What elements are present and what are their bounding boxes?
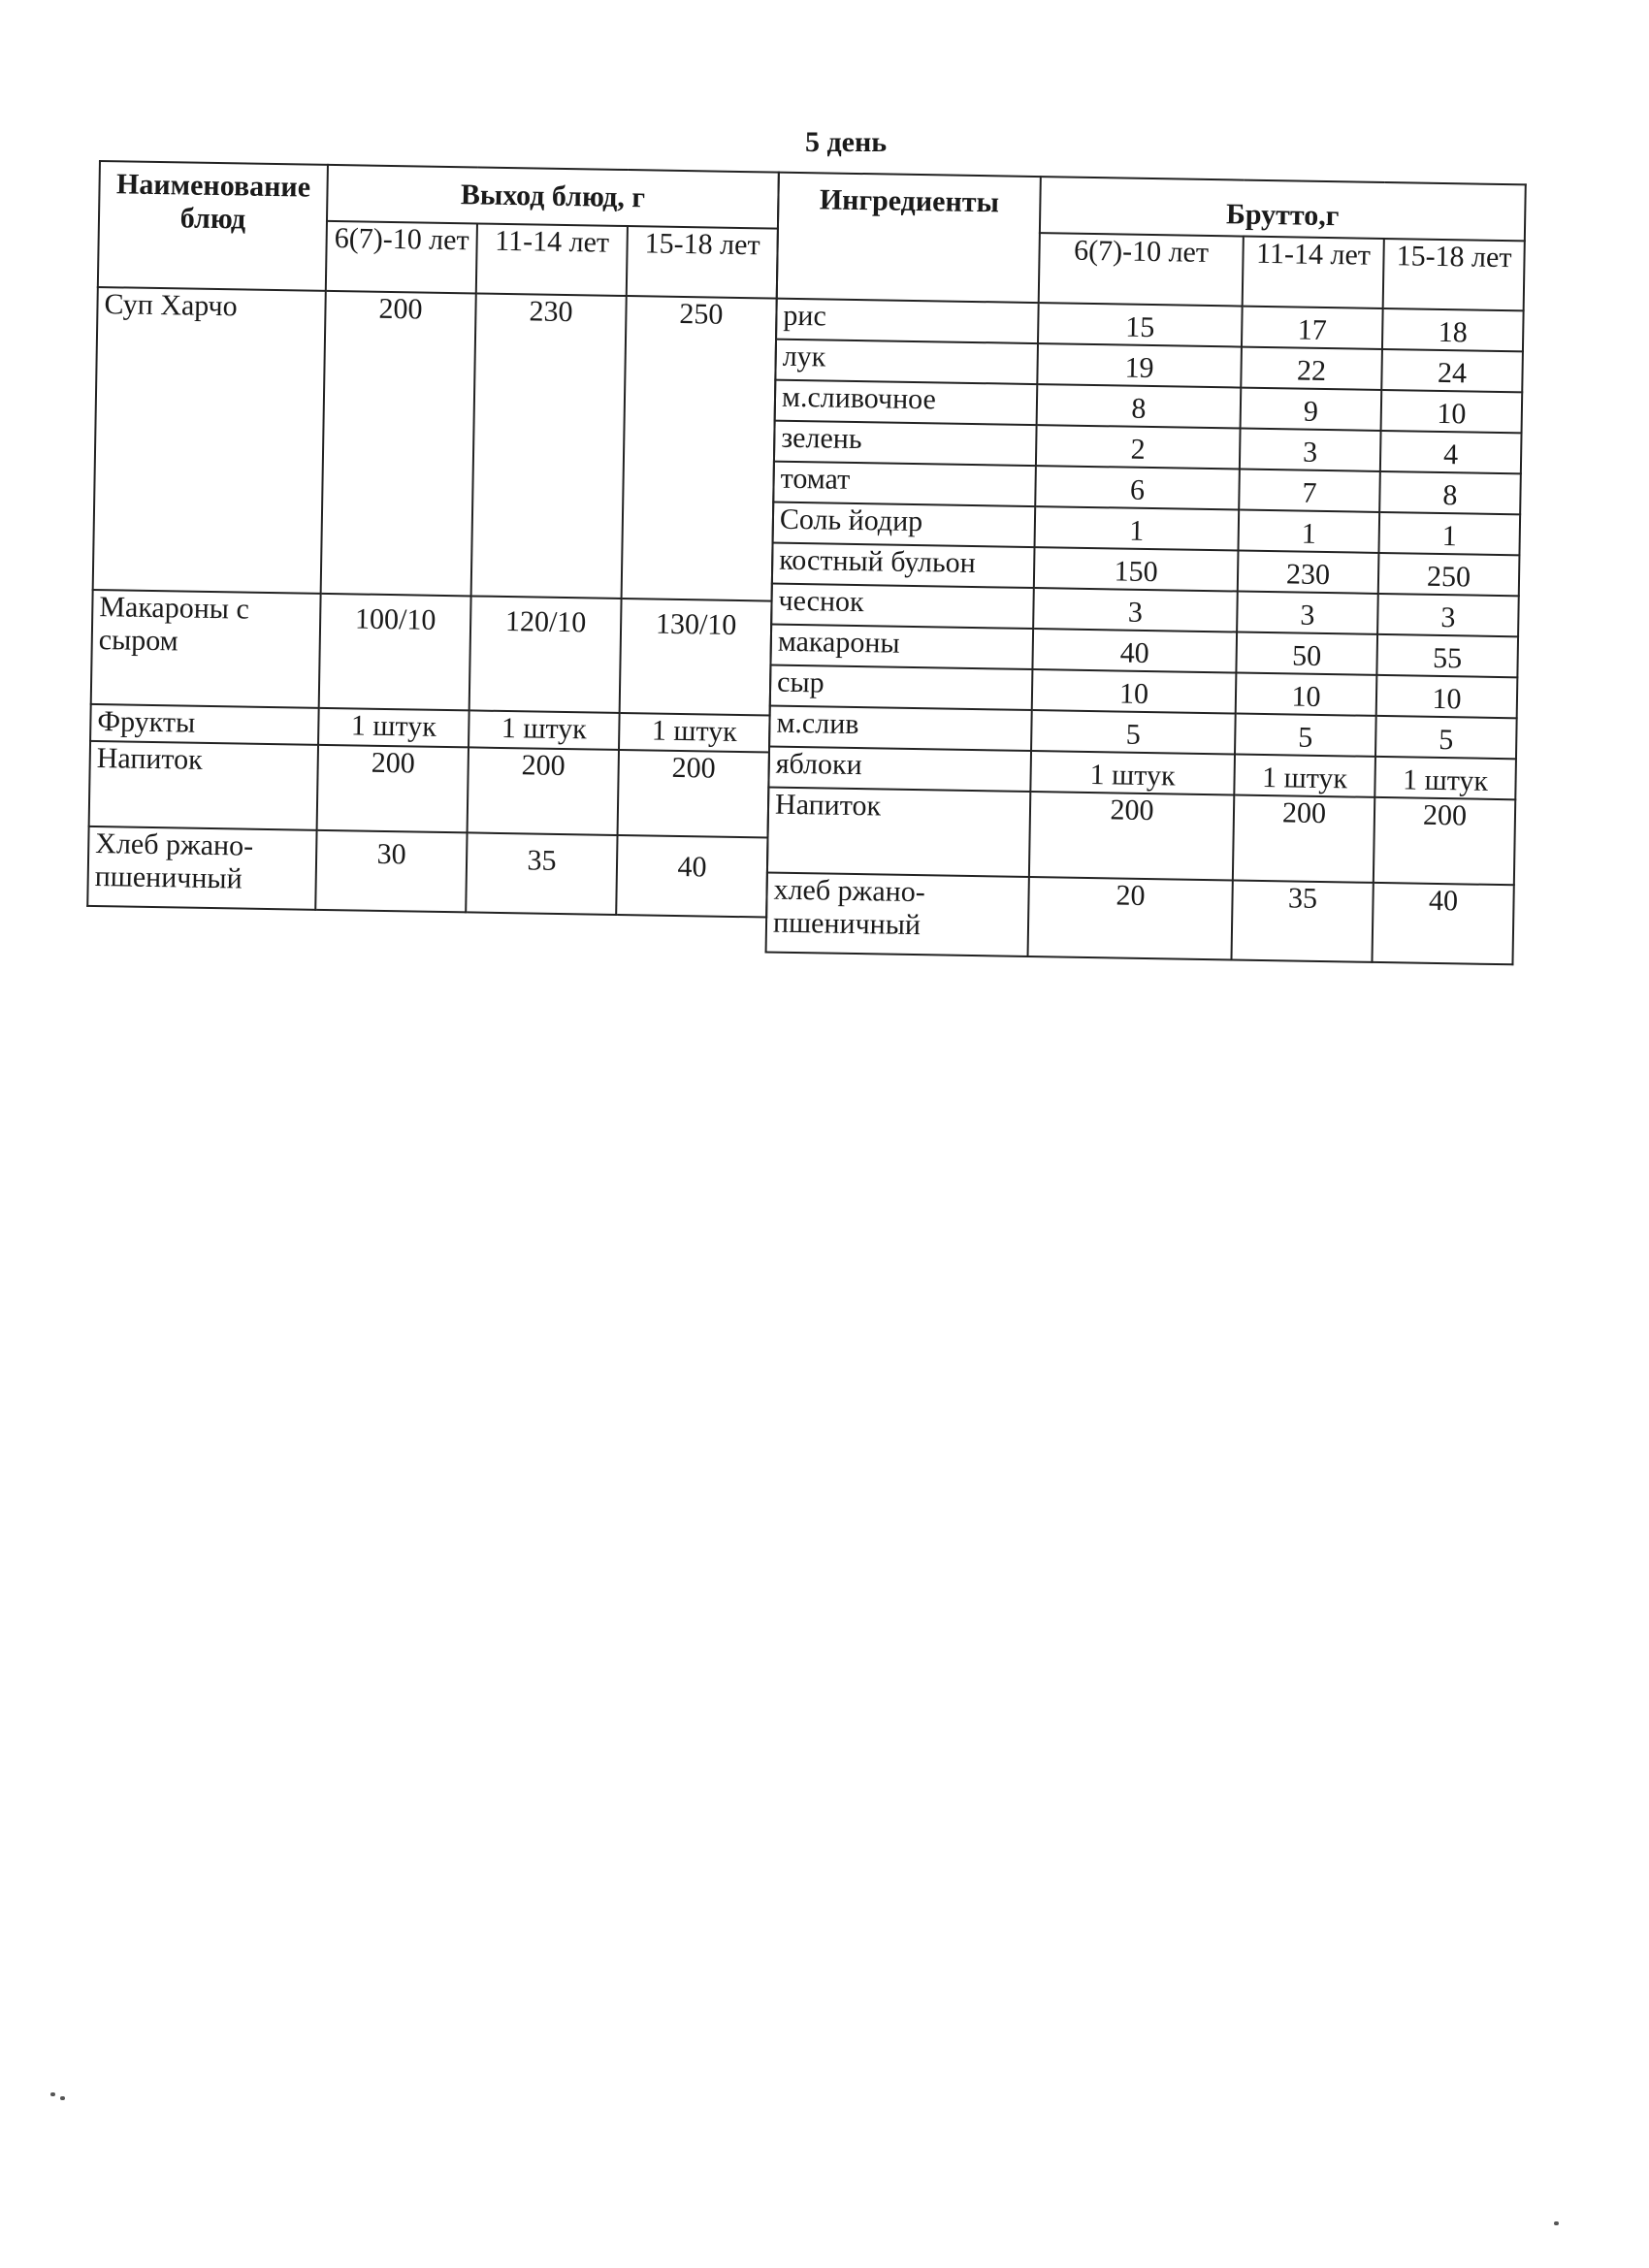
scan-speck (1554, 2221, 1559, 2225)
yield-value: 30 (315, 830, 467, 913)
gross-value: 1 штук (1374, 757, 1516, 799)
yield-value: 1 штук (619, 713, 770, 753)
yield-value: 250 (622, 296, 777, 601)
gross-value: 18 (1382, 308, 1524, 351)
gross-value: 55 (1376, 634, 1518, 677)
yield-value: 40 (616, 835, 767, 918)
gross-value: 35 (1231, 880, 1373, 961)
yield-value: 120/10 (469, 596, 622, 713)
table-row: Напиток200200200 (767, 788, 1515, 886)
gross-value: 8 (1379, 471, 1521, 514)
gross-value: 150 (1034, 547, 1239, 591)
gross-value: 1 (1035, 506, 1240, 550)
dish-name-header: Наименование блюд (98, 161, 328, 291)
ingredient-name: томат (773, 462, 1036, 506)
gross-value: 9 (1241, 388, 1382, 431)
gross-value: 3 (1033, 588, 1238, 632)
dish-name: Хлеб ржано-пшеничный (87, 826, 316, 910)
dish-name: Макароны с сыром (91, 590, 321, 708)
dishes-table: Наименование блюд Выход блюд, г 6(7)-10 … (86, 160, 780, 919)
yield-value: 200 (618, 750, 769, 838)
dish-name: Фрукты (90, 704, 319, 745)
table-row: Хлеб ржано-пшеничный 30 35 40 (87, 826, 767, 918)
gross-value: 40 (1032, 629, 1237, 672)
page-title: 5 день (805, 126, 887, 159)
yield-value: 200 (321, 291, 476, 597)
gross-value: 1 (1238, 510, 1379, 553)
yield-value: 35 (466, 832, 617, 915)
ingredient-name: яблоки (768, 747, 1031, 792)
yield-value: 100/10 (319, 594, 471, 711)
gross-value: 6 (1035, 466, 1240, 509)
ingredient-name: костный бульон (772, 543, 1035, 588)
gross-value: 10 (1032, 669, 1237, 713)
gross-age-header: 15-18 лет (1383, 239, 1525, 310)
gross-value: 7 (1239, 470, 1380, 512)
ingredient-name: м.слив (769, 706, 1032, 751)
gross-value: 50 (1236, 632, 1377, 675)
gross-value: 250 (1378, 553, 1520, 596)
gross-value: 2 (1036, 425, 1241, 469)
dish-name: Суп Харчо (93, 287, 326, 594)
yield-value: 200 (468, 747, 619, 835)
gross-value: 5 (1375, 716, 1517, 759)
ingredient-name: рис (776, 299, 1039, 343)
gross-value: 17 (1242, 307, 1383, 349)
gross-value: 3 (1377, 594, 1519, 636)
gross-value: 10 (1236, 673, 1377, 716)
gross-value: 3 (1240, 429, 1381, 471)
gross-value: 10 (1376, 675, 1518, 718)
gross-value: 15 (1038, 303, 1243, 346)
gross-value: 20 (1028, 877, 1233, 959)
ingredient-name: хлеб ржано-пшеничный (766, 873, 1029, 956)
yield-age-header: 6(7)-10 лет (326, 221, 477, 294)
gross-value: 3 (1237, 592, 1378, 634)
ingredient-name: м.сливочное (775, 380, 1038, 425)
gross-value: 200 (1029, 792, 1234, 880)
yield-value: 1 штук (318, 708, 469, 748)
gross-value: 1 штук (1030, 751, 1235, 794)
yield-value: 230 (471, 293, 627, 599)
ingredients-table: Ингредиенты Брутто,г 6(7)-10 лет 11-14 л… (765, 172, 1527, 966)
gross-value: 40 (1372, 883, 1513, 964)
ingredient-name: Напиток (767, 788, 1030, 877)
gross-value: 8 (1037, 384, 1242, 428)
gross-value: 4 (1380, 431, 1522, 473)
ingredients-header: Ингредиенты (777, 173, 1041, 303)
table-row: Напиток 200 200 200 (89, 741, 769, 838)
menu-table: Наименование блюд Выход блюд, г 6(7)-10 … (85, 160, 1525, 988)
gross-value: 5 (1031, 710, 1236, 754)
table-row: хлеб ржано-пшеничный203540 (766, 873, 1514, 965)
ingredient-name: лук (775, 340, 1038, 384)
gross-age-header: 11-14 лет (1243, 237, 1384, 308)
yield-value: 1 штук (469, 710, 620, 750)
ingredient-name: чеснок (771, 584, 1034, 629)
yield-age-header: 15-18 лет (627, 226, 778, 299)
yield-value: 130/10 (620, 599, 772, 716)
scan-speck (60, 2096, 65, 2100)
gross-value: 22 (1241, 347, 1382, 390)
ingredient-name: Соль йодир (773, 502, 1036, 547)
table-row: Суп Харчо 200 230 250 (93, 287, 777, 601)
gross-age-header: 6(7)-10 лет (1039, 233, 1244, 306)
gross-value: 1 (1378, 512, 1520, 555)
gross-value: 1 штук (1234, 754, 1375, 796)
gross-value: 24 (1381, 349, 1523, 392)
ingredient-name: макароны (770, 625, 1033, 669)
yield-value: 200 (317, 745, 469, 833)
gross-value: 5 (1235, 714, 1376, 757)
gross-value: 230 (1238, 551, 1379, 594)
ingredient-name: сыр (770, 665, 1033, 710)
scan-speck (50, 2092, 55, 2096)
gross-value: 200 (1233, 794, 1374, 882)
gross-value: 19 (1037, 343, 1242, 387)
yield-header: Выход блюд, г (327, 165, 779, 229)
yield-age-header: 11-14 лет (476, 223, 628, 296)
dish-name: Напиток (89, 741, 318, 830)
gross-header: Брутто,г (1040, 177, 1526, 241)
gross-value: 10 (1381, 390, 1523, 433)
table-row: Макароны с сыром 100/10 120/10 130/10 (91, 590, 772, 716)
gross-value: 200 (1374, 797, 1515, 885)
ingredient-name: зелень (774, 421, 1037, 466)
